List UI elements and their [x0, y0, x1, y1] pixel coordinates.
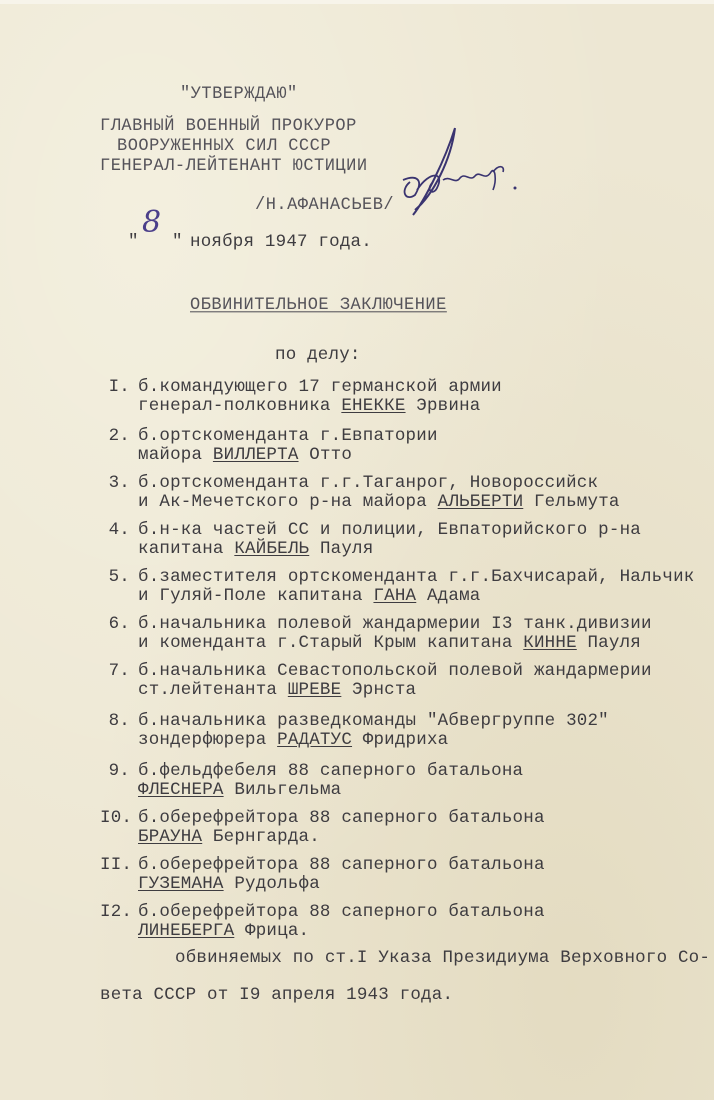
defendant-item-6: 6.б.начальника полевой жандармерии I3 та…	[100, 615, 652, 653]
date-day-handwritten: 8	[142, 205, 161, 240]
defendant-surname: КАЙБЕЛЬ	[234, 539, 309, 559]
approver-title-line2: ВООРУЖЕННЫХ СИЛ СССР	[117, 137, 331, 157]
defendant-surname: ШРЕВЕ	[288, 680, 342, 700]
paper-edge	[0, 0, 714, 4]
defendant-surname: ГАНА	[373, 586, 416, 606]
approver-title-line3: ГЕНЕРАЛ-ЛЕЙТЕНАНТ ЮСТИЦИИ	[100, 157, 368, 177]
date-quote-open: "	[128, 232, 139, 252]
defendant-surname: ЕНЕККЕ	[341, 396, 405, 416]
defendant-item-12: I2.б.оберефрейтора 88 саперного батальон…	[100, 903, 545, 941]
date-rest: ноября 1947 года.	[190, 232, 372, 252]
defendant-item-10: I0.б.оберефрейтора 88 саперного батальон…	[100, 809, 545, 847]
defendant-item-11: II.б.оберефрейтора 88 саперного батальон…	[100, 856, 545, 894]
defendant-item-2: 2.б.ортскоменданта г.Евпатории майора ВИ…	[100, 427, 438, 465]
defendant-surname: ГУЗЕМАНА	[138, 874, 224, 894]
defendant-item-1: I.б.командующего 17 германской армии ген…	[100, 378, 502, 416]
defendant-surname: ЛИНЕБЕРГА	[138, 921, 234, 941]
defendant-surname: БРАУНА	[138, 827, 202, 847]
defendant-item-8: 8.б.начальника разведкоманды "Абвергрупп…	[100, 712, 609, 750]
closing-line-1: обвиняемых по ст.I Указа Президиума Верх…	[175, 948, 710, 968]
approver-name: /Н.АФАНАСЬЕВ/	[255, 196, 394, 216]
document-page: "УТВЕРЖДАЮ" ГЛАВНЫЙ ВОЕННЫЙ ПРОКУРОР ВОО…	[0, 0, 714, 1100]
document-subtitle: по делу:	[275, 345, 361, 365]
document-title: ОБВИНИТЕЛЬНОЕ ЗАКЛЮЧЕНИЕ	[190, 296, 447, 316]
defendant-surname: РАДАТУС	[277, 730, 352, 750]
signature	[385, 120, 525, 230]
defendant-item-9: 9.б.фельдфебеля 88 саперного батальона Ф…	[100, 762, 523, 800]
signature-icon	[385, 120, 525, 230]
approval-stamp: "УТВЕРЖДАЮ"	[180, 85, 298, 105]
defendant-item-3: 3.б.ортскоменданта г.г.Таганрог, Новорос…	[100, 474, 620, 512]
closing-line-2: вета СССР от I9 апреля 1943 года.	[100, 985, 453, 1005]
defendant-surname: ВИЛЛЕРТА	[213, 445, 299, 465]
defendant-surname: ФЛЕСНЕРА	[138, 780, 224, 800]
defendant-item-5: 5.б.заместителя ортскоменданта г.г.Бахчи…	[100, 568, 695, 606]
date-quote-close: "	[172, 232, 183, 252]
defendant-item-7: 7.б.начальника Севастопольской полевой ж…	[100, 662, 652, 700]
defendant-surname: АЛЬБЕРТИ	[438, 492, 524, 512]
defendant-surname: КИННЕ	[523, 633, 577, 653]
approver-title-line1: ГЛАВНЫЙ ВОЕННЫЙ ПРОКУРОР	[100, 117, 357, 137]
defendant-item-4: 4.б.н-ка частей СС и полиции, Евпаторийс…	[100, 521, 641, 559]
